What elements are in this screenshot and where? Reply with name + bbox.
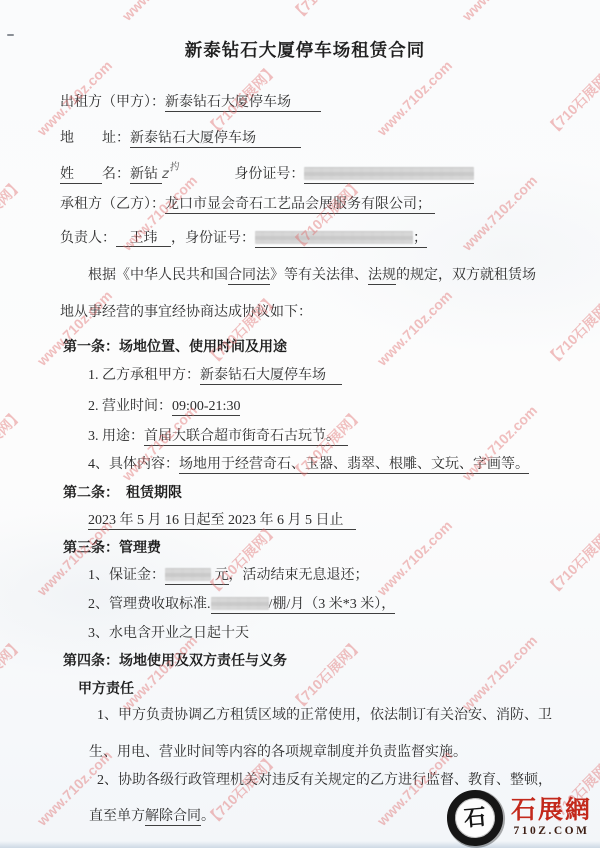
section4-subheading: 甲方责任	[78, 678, 550, 699]
fee-standard: /棚/月（3 米*3 米），	[211, 597, 396, 614]
logo-brand: 石展網	[511, 798, 592, 823]
contract-title: 新泰钻石大厦停车场租赁合同	[60, 38, 550, 62]
section4-para1-line2: 生、用电、营业时间等内容的各项规章制度并负责监督实施。	[89, 742, 550, 763]
section3-item-1: 1、保证金： 元，活动结束无息退还；	[88, 565, 550, 586]
preamble-underlined-law: 合同法	[228, 268, 270, 285]
contract-scan-page: 新泰钻石大厦停车场租赁合同 出租方（甲方）：新泰钻石大厦停车场 地 址：新泰钻石…	[0, 0, 600, 848]
handwritten-mark-sup: 扚	[167, 156, 180, 178]
preamble-text: 根据《中华人民共和国	[88, 268, 228, 283]
manager-id-redacted: ；	[255, 231, 427, 248]
manager-row: 负责人： 王玮 ，身份证号：；	[60, 228, 550, 249]
section4-para2-line1: 2、协助各级行政管理机关对违反有关规定的乙方进行监督、教育、整顿，	[97, 770, 550, 791]
manager-value: 王玮	[116, 231, 171, 247]
section4-para1-line1: 1、甲方负责协调乙方租赁区域的正常使用，依法制订有关治安、消防、卫	[97, 705, 550, 726]
lessor-row: 出租方（甲方）：新泰钻石大厦停车场	[60, 92, 550, 113]
item-label: 1、保证金：	[88, 568, 165, 583]
name-value: 新钻	[130, 167, 162, 184]
site-logo: 石 石展網 710Z.COM	[447, 790, 592, 846]
fee-standard-text: /棚/月（3 米*3 米），	[269, 597, 396, 612]
item-value: 09:00-21:30	[172, 399, 240, 416]
name-label-part2: 名：	[102, 167, 130, 182]
logo-text: 石展網 710Z.COM	[511, 798, 592, 838]
deposit-redacted: 元	[165, 568, 229, 585]
para-text: 。	[201, 809, 215, 824]
item-text: ，活动结束无息退还；	[229, 568, 369, 583]
item-value: 新泰钻石大厦停车场	[200, 368, 342, 385]
para-text: 直至单方	[89, 809, 145, 824]
manager-label: 负责人：	[60, 231, 116, 246]
handwritten-mark: z	[162, 167, 169, 182]
lessee-value: 龙口市显会奇石工艺品会展服务有限公司；	[165, 197, 435, 214]
id-number-label: 身份证号：	[234, 167, 304, 182]
id-number-redacted	[304, 167, 474, 184]
section3-item-3: 3、水电含开业之日起十天	[88, 623, 550, 644]
name-row: 姓 名：新钻z扚 身份证号：	[60, 157, 550, 185]
logo-domain: 710Z.COM	[514, 826, 590, 838]
item-value: 首届大联合超市街奇石古玩节。	[144, 429, 348, 446]
section4-heading: 第四条：场地使用及双方责任与义务	[63, 650, 550, 671]
section3-heading: 第三条：管理费	[63, 537, 550, 558]
address-label: 地 址：	[60, 131, 130, 146]
name-label-part1: 姓	[60, 167, 102, 184]
redaction-block	[304, 167, 474, 180]
lessee-row: 承租方（乙方）：龙口市显会奇石工艺品会展服务有限公司；	[60, 194, 550, 215]
section1-item-4: 4、具体内容：场地用于经营奇石、玉器、翡翠、根雕、文玩、字画等。	[88, 454, 550, 475]
address-value: 新泰钻石大厦停车场	[130, 131, 301, 148]
preamble-underlined-regulation: 法规	[368, 268, 396, 285]
preamble-line-2: 地从事经营的事宜经协商达成协议如下：	[60, 302, 550, 323]
section1-item-3: 3. 用途：首届大联合超市街奇石古玩节。	[88, 426, 550, 447]
preamble-text: 》等有关法律、	[270, 268, 368, 283]
section1-item-1: 1. 乙方承租甲方：新泰钻石大厦停车场	[88, 365, 550, 386]
address-row: 地 址：新泰钻石大厦停车场	[60, 128, 550, 149]
redaction-block	[255, 231, 413, 244]
seal-icon: 石	[445, 788, 506, 848]
section1-heading: 第一条：场地位置、使用时间及用途	[63, 336, 550, 357]
terminate-contract-underlined: 解除合同	[145, 809, 201, 826]
item-label: 1. 乙方承租甲方：	[88, 368, 200, 383]
redaction-block	[211, 597, 269, 610]
lessor-value: 新泰钻石大厦停车场	[165, 95, 321, 112]
seal-character: 石	[463, 806, 487, 830]
item-label: 3. 用途：	[88, 429, 144, 444]
item-label: 2. 营业时间：	[88, 399, 172, 414]
item-value: 场地用于经营奇石、玉器、翡翠、根雕、文玩、字画等。	[179, 457, 529, 474]
contract-body: 新泰钻石大厦停车场租赁合同 出租方（甲方）：新泰钻石大厦停车场 地 址：新泰钻石…	[0, 0, 600, 848]
section2-duration: 2023 年 5 月 16 日起至 2023 年 6 月 5 日止	[88, 510, 550, 531]
item-label: 2、管理费收取标准.	[88, 597, 211, 612]
section3-item-2: 2、管理费收取标准./棚/月（3 米*3 米），	[88, 594, 550, 615]
lessee-label: 承租方（乙方）：	[60, 197, 165, 212]
semicolon: ；	[413, 231, 427, 246]
preamble-line-1: 根据《中华人民共和国合同法》等有关法律、法规的规定，双方就租赁场	[60, 265, 550, 286]
section1-item-2: 2. 营业时间：09:00-21:30	[88, 396, 550, 417]
preamble-text: 的规定，双方就租赁场	[396, 268, 536, 283]
manager-id-label: ，身份证号：	[171, 231, 255, 246]
section2-heading: 第二条： 租赁期限	[63, 482, 550, 503]
lease-duration: 2023 年 5 月 16 日起至 2023 年 6 月 5 日止	[88, 513, 356, 530]
redaction-block	[165, 568, 211, 581]
deposit-unit: 元	[211, 568, 229, 583]
lessor-label: 出租方（甲方）：	[60, 95, 165, 110]
item-label: 4、具体内容：	[88, 457, 179, 472]
